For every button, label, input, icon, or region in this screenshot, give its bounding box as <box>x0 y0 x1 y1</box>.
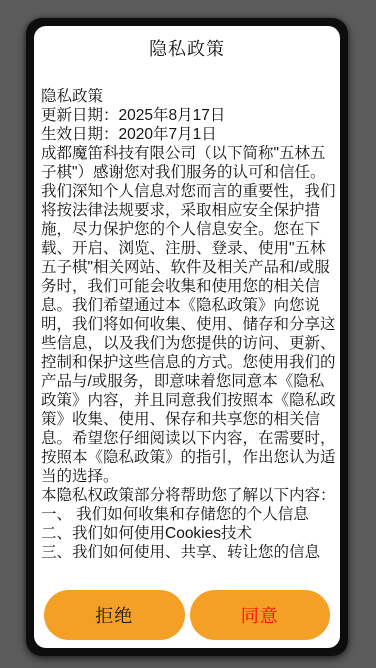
screen-background: 隐私政策 隐私政策更新日期：2025年8月17日生效日期：2020年7月1日成都… <box>0 0 376 668</box>
privacy-policy-card: 隐私政策 隐私政策更新日期：2025年8月17日生效日期：2020年7月1日成都… <box>34 26 340 648</box>
policy-paragraph: 三、我们如何使用、共享、转让您的信息 <box>41 543 337 558</box>
policy-text-scroll-area[interactable]: 隐私政策更新日期：2025年8月17日生效日期：2020年7月1日成都魔笛科技有… <box>41 87 337 558</box>
dialog-title: 隐私政策 <box>34 39 340 60</box>
policy-paragraph: 本隐私权政策部分将帮助您了解以下内容： <box>41 486 337 505</box>
reject-button[interactable]: 拒绝 <box>44 590 185 640</box>
privacy-policy-dialog: 隐私政策 隐私政策更新日期：2025年8月17日生效日期：2020年7月1日成都… <box>26 18 348 656</box>
button-row: 拒绝 同意 <box>44 590 330 640</box>
policy-paragraph: 更新日期：2025年8月17日 <box>41 106 337 125</box>
policy-paragraph: 一、 我们如何收集和存储您的个人信息 <box>41 505 337 524</box>
policy-paragraph: 生效日期：2020年7月1日 <box>41 125 337 144</box>
policy-paragraph: 隐私政策 <box>41 87 337 106</box>
agree-button[interactable]: 同意 <box>190 590 331 640</box>
policy-paragraph: 成都魔笛科技有限公司（以下简称"五林五子棋"）感谢您对我们服务的认可和信任。我们… <box>41 144 337 486</box>
policy-paragraph: 二、我们如何使用Cookies技术 <box>41 524 337 543</box>
